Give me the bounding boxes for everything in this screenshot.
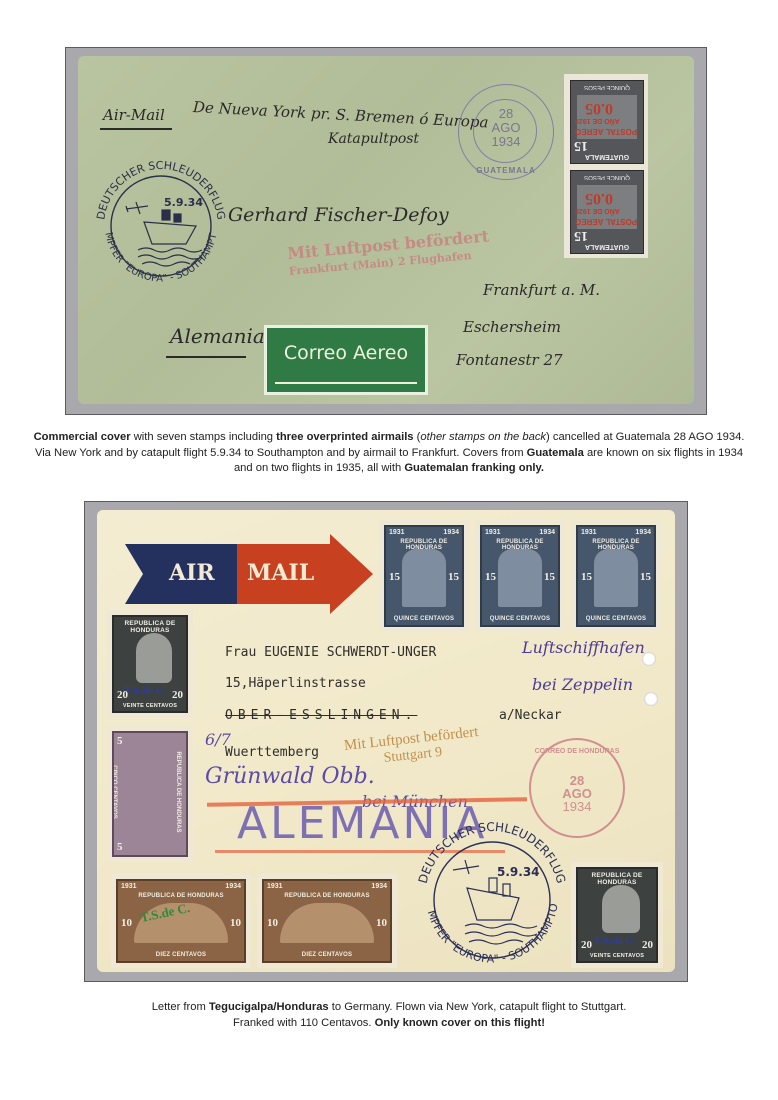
honduras-stamp-20c: REPUBLICA DE HONDURAS T.S.de C. 20 20 VE…: [107, 610, 193, 718]
address-line1: Frau EUGENIE SCHWERDT-UNGER: [225, 645, 436, 660]
cover2-caption: Letter from Tegucigalpa/Honduras to Germ…: [30, 1000, 748, 1031]
stamp-value: 15: [485, 571, 496, 583]
postmark-ring-text: CORREO DE HONDURAS: [531, 748, 623, 755]
postmark-month: AGO: [459, 121, 553, 135]
guatemala-stamp: QUINCE PESOS 0.05 AÑO DE 1928 POSTAL AER…: [570, 80, 644, 164]
caption2-line2: Franked with 110 Centavos. Only known co…: [30, 1016, 748, 1032]
stamp-value: 20: [172, 689, 183, 701]
honduras-stamp-5c: CINCO CENTAVOS REPUBLICA DE HONDURAS 5 5: [107, 726, 193, 862]
stamp-denomination: QUINCE CENTAVOS: [386, 616, 462, 622]
stamp-country: GUATEMALA: [571, 153, 643, 160]
stamp-country: REPUBLICA DE HONDURAS: [114, 620, 186, 634]
stamp-overprint-value: 0.05: [585, 189, 613, 207]
stamp-overprint: T.S.de C.: [594, 935, 637, 947]
note1-handwriting: Luftschiffhafen: [522, 638, 645, 657]
note2-handwriting: bei Zeppelin: [532, 675, 633, 694]
stamp-country: REPUBLICA DE HONDURAS: [118, 893, 244, 899]
stamp-value: 10: [376, 917, 387, 929]
addressee-handwriting: Gerhard Fischer-Defoy: [228, 204, 449, 226]
stamp-denomination: DIEZ CENTAVOS: [264, 952, 390, 958]
honduras-stamp: 1931 1934 REPUBLICA DE HONDURAS 15 15 QU…: [475, 520, 565, 632]
stamp-denomination: VEINTE CENTAVOS: [114, 703, 186, 709]
air-mail-arrow-label: AIR MAIL: [125, 534, 375, 614]
caption2-line1: Letter from Tegucigalpa/Honduras to Germ…: [30, 1000, 748, 1016]
stamp-overprint-year: AÑO DE 1928: [575, 207, 620, 214]
punch-hole: [644, 692, 658, 706]
airmail-cachet: Mit Luftpost befördert Stuttgart 9: [343, 724, 481, 771]
stamp-value: 15: [544, 571, 555, 583]
honduras-stamp: 1931 1934 REPUBLICA DE HONDURAS 10 10 DI…: [257, 874, 397, 968]
stamp-overprint-value: 0.05: [585, 99, 613, 117]
cachet-date: 5.9.34: [164, 196, 203, 209]
country-handwriting: Alemania: [170, 324, 265, 348]
stamp-denomination: QUINCE CENTAVOS: [482, 616, 558, 622]
ship-icon: [138, 210, 202, 266]
stamp-denomination: DIEZ CENTAVOS: [118, 952, 244, 958]
stamp-value: 20: [642, 939, 653, 951]
stamp-year-left: 1931: [581, 529, 597, 536]
catapult-cachet: DEUTSCHER SCHLEUDERFLUG DAMPFER "EUROPA"…: [407, 808, 577, 972]
city-handwriting: Frankfurt a. M.: [483, 281, 600, 299]
stamp-value: 20: [117, 689, 128, 701]
routing-handwriting: De Nueva York pr. S. Bremen ó Europa: [193, 98, 489, 131]
stamp-overprint: T.S.de C.: [124, 685, 167, 697]
honduras-stamp: 1931 1934 REPUBLICA DE HONDURAS 15 15 QU…: [571, 520, 661, 632]
stamp-year-right: 1934: [635, 529, 651, 536]
stamp-value: 15: [581, 571, 592, 583]
guatemala-postmark: 28 AGO 1934 GUATEMALA: [458, 84, 554, 180]
stamp-year-left: 1931: [485, 529, 501, 536]
stamp-value: 15: [448, 571, 459, 583]
cachet-date: 5.9.34: [497, 865, 540, 879]
postmark-day: 28: [459, 107, 553, 121]
district-handwriting: Eschersheim: [463, 318, 561, 336]
correo-aereo-text: Correo Aereo: [267, 342, 425, 364]
stamp-value: 15: [574, 227, 588, 243]
address-line2: 15,Häperlinstrasse: [225, 676, 366, 691]
stamp-value: 15: [640, 571, 651, 583]
stamp-year-right: 1934: [225, 883, 241, 890]
address-line4: Wuerttemberg: [225, 745, 319, 760]
postmark-ring-text: GUATEMALA: [459, 166, 553, 175]
air-mail-handwriting: Air-Mail: [103, 106, 165, 124]
ship-icon: [465, 878, 537, 944]
correo-aereo-label: Correo Aereo: [264, 325, 428, 395]
stamp-denomination: QUINCE PESOS: [571, 84, 643, 90]
honduras-stamp: 1931 1934 REPUBLICA DE HONDURAS 15 15 QU…: [379, 520, 469, 632]
cover1-caption: Commercial cover with seven stamps inclu…: [30, 430, 748, 477]
airplane-icon: [453, 860, 479, 874]
cachet-top-text: DEUTSCHER SCHLEUDERFLUG: [94, 159, 227, 221]
stamp-denomination: QUINCE PESOS: [571, 174, 643, 180]
street-handwriting: Fontanestr 27: [456, 351, 563, 369]
address-line3b: a/Neckar: [499, 708, 562, 723]
cover1-mount-frame: Air-Mail De Nueva York pr. S. Bremen ó E…: [65, 47, 707, 415]
stamp-country: GUATEMALA: [571, 243, 643, 250]
air-label-text: AIR: [169, 560, 215, 586]
airmail-cachet: Mit Luftpost befördert Frankfurt (Main) …: [287, 226, 491, 278]
stamp-overprint-text: POSTAL AEREO: [575, 217, 637, 226]
mail-label-text: MAIL: [247, 560, 314, 586]
stamp-value: 10: [230, 917, 241, 929]
stamp-value: 15: [574, 137, 588, 153]
pencil-note: 6/7: [205, 730, 231, 749]
stamp-value: 10: [267, 917, 278, 929]
honduras-stamp-20c: REPUBLICA DE HONDURAS T.S.de C. 20 20 VE…: [571, 862, 663, 968]
stamp-year-left: 1931: [121, 883, 137, 890]
honduras-stamp: 1931 1934 REPUBLICA DE HONDURAS 10 10 T.…: [111, 874, 251, 968]
catapult-cachet: DEUTSCHER SCHLEUDERFLUG DAMPFER "EUROPA"…: [86, 144, 236, 294]
stamp-year-right: 1934: [443, 529, 459, 536]
stamp-denomination: VEINTE CENTAVOS: [578, 953, 656, 959]
stamp-year-left: 1931: [267, 883, 283, 890]
stamp-country: REPUBLICA DE HONDURAS: [264, 893, 390, 899]
cover2-envelope: AIR MAIL 1931 1934 REPUBLICA DE HONDURAS…: [97, 510, 675, 972]
postmark-year: 1934: [459, 135, 553, 149]
stamp-value: 20: [581, 939, 592, 951]
stamp-overprint-year: AÑO DE 1928: [575, 117, 620, 124]
air-mail-underline: [100, 128, 172, 130]
cachet-top-text: DEUTSCHER SCHLEUDERFLUG: [416, 820, 569, 885]
stamp-denomination: CINCO CENTAVOS: [112, 762, 117, 822]
country-underline: [166, 356, 246, 358]
stamp-denomination: QUINCE CENTAVOS: [578, 616, 654, 622]
stamp-overprint-text: POSTAL AEREO: [575, 127, 637, 136]
stamp-country: REPUBLICA DE HONDURAS: [175, 742, 181, 842]
stamp-year-left: 1931: [389, 529, 405, 536]
guatemala-stamp-pair: QUINCE PESOS 0.05 AÑO DE 1928 POSTAL AER…: [564, 74, 648, 258]
address-line3: OBER-ESSLINGEN.: [225, 708, 417, 723]
stamp-value: 15: [389, 571, 400, 583]
katapultpost-handwriting: Katapultpost: [328, 131, 419, 147]
stamp-year-right: 1934: [539, 529, 555, 536]
cover2-mount-frame: AIR MAIL 1931 1934 REPUBLICA DE HONDURAS…: [84, 501, 688, 982]
svg-text:DEUTSCHER SCHLEUDERFLUG: DEUTSCHER SCHLEUDERFLUG: [94, 159, 227, 221]
airplane-icon: [126, 202, 148, 214]
stamp-value: 10: [121, 917, 132, 929]
punch-hole: [642, 652, 656, 666]
stamp-value: 5: [117, 735, 123, 747]
guatemala-stamp: QUINCE PESOS 0.05 AÑO DE 1928 POSTAL AER…: [570, 170, 644, 254]
stamp-value: 5: [117, 841, 123, 853]
stamp-country: REPUBLICA DE HONDURAS: [578, 872, 656, 886]
stamp-year-right: 1934: [371, 883, 387, 890]
cover1-envelope: Air-Mail De Nueva York pr. S. Bremen ó E…: [78, 56, 694, 404]
svg-text:DEUTSCHER SCHLEUDERFLUG: DEUTSCHER SCHLEUDERFLUG: [416, 820, 569, 885]
